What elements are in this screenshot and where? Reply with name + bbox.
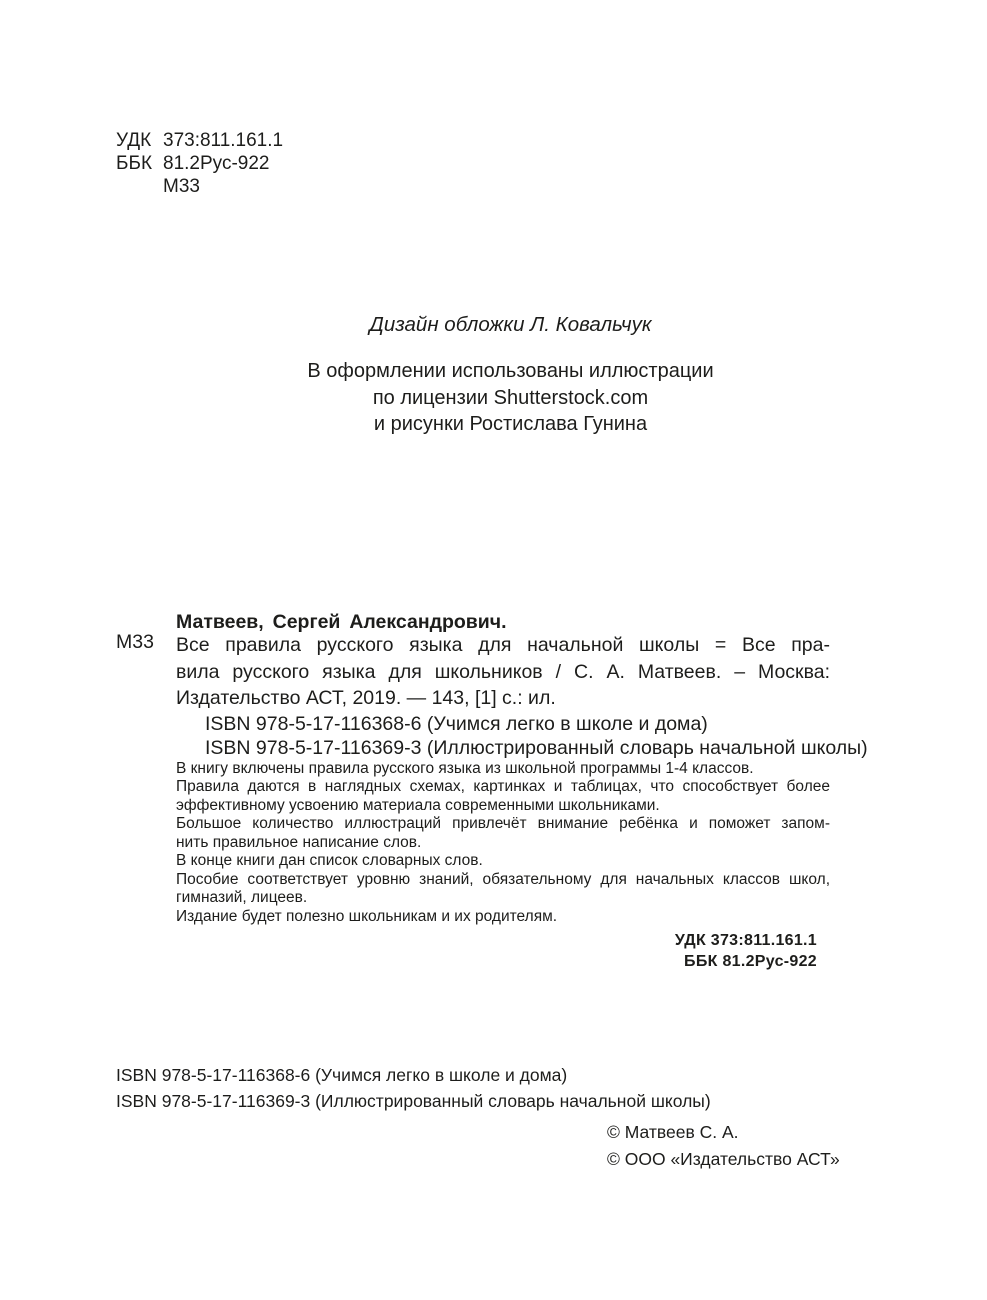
annotation-paragraph: Издание будет полезно школьникам и их ро… <box>176 908 830 927</box>
code-value: 373:811.161.1 <box>163 129 283 152</box>
footer-isbn-line: ISBN 978-5-17-116369-3 (Иллюстрированный… <box>116 1088 711 1114</box>
isbn-line: ISBN 978-5-17-116369-3 (Иллюстрированный… <box>176 736 830 760</box>
annotation-line: Издание будет полезно школьникам и их ро… <box>176 908 830 927</box>
classification-code-row: М33 <box>116 175 283 198</box>
annotation-line: гимназий, лицеев. <box>176 889 830 908</box>
cover-design-credit: Дизайн обложки Л. Ковальчук <box>34 311 987 338</box>
bibliographic-description: Все правила русского языка для начальной… <box>176 632 830 712</box>
description-line: Все правила русского языка для начальной… <box>176 632 830 659</box>
copyright-line: © Матвеев С. А. <box>607 1119 840 1146</box>
code-value: М33 <box>163 175 200 198</box>
classification-code-row: ББК 81.2Рус-922 <box>116 152 283 175</box>
code-label: УДК <box>116 129 163 152</box>
copyright-page: УДК 373:811.161.1 ББК 81.2Рус-922 М33 Ди… <box>0 0 987 1300</box>
annotation-block: В книгу включены правила русского языка … <box>176 760 830 927</box>
annotation-line: Правила даются в наглядных схемах, карти… <box>176 778 830 797</box>
classification-code-row: УДК 373:811.161.1 <box>116 129 283 152</box>
illustration-credit-line: и рисунки Ростислава Гунина <box>34 411 987 438</box>
catalog-card: Матвеев, Сергей Александрович. Все прави… <box>176 612 830 972</box>
code-value: 81.2Рус-922 <box>163 152 269 175</box>
annotation-paragraph: Большое количество иллюстраций привлечёт… <box>176 815 830 852</box>
annotation-line: В конце книги дан список словарных слов. <box>176 852 830 871</box>
udk-bbk-right-block: УДК 373:811.161.1 ББК 81.2Рус-922 <box>176 930 830 972</box>
catalog-index-code: М33 <box>116 629 154 656</box>
copyright-line: © ООО «Издательство АСТ» <box>607 1146 840 1173</box>
annotation-line: В книгу включены правила русского языка … <box>176 760 830 779</box>
description-line: Издательство АСТ, 2019. — 143, [1] с.: и… <box>176 685 830 712</box>
classification-code-line: ББК 81.2Рус-922 <box>176 951 817 972</box>
description-line: вила русского языка для школьников / С. … <box>176 659 830 686</box>
annotation-paragraph: В книгу включены правила русского языка … <box>176 760 830 779</box>
copyright-block: © Матвеев С. А. © ООО «Издательство АСТ» <box>607 1119 840 1173</box>
annotation-line: эффективному усвоению материала современ… <box>176 797 830 816</box>
footer-isbn-line: ISBN 978-5-17-116368-6 (Учимся легко в ш… <box>116 1062 711 1088</box>
code-label <box>116 175 163 198</box>
annotation-paragraph: Пособие соответствует уровню знаний, обя… <box>176 871 830 908</box>
credits-block: Дизайн обложки Л. Ковальчук В оформлении… <box>34 311 987 438</box>
code-label: ББК <box>116 152 163 175</box>
isbn-block: ISBN 978-5-17-116368-6 (Учимся легко в ш… <box>176 712 830 760</box>
annotation-paragraph: Правила даются в наглядных схемах, карти… <box>176 778 830 815</box>
illustration-credit: В оформлении использованы иллюстрации по… <box>34 358 987 438</box>
annotation-line: Большое количество иллюстраций привлечёт… <box>176 815 830 834</box>
footer-isbn-block: ISBN 978-5-17-116368-6 (Учимся легко в ш… <box>116 1062 711 1114</box>
annotation-line: нить правильное написание слов. <box>176 834 830 853</box>
isbn-line: ISBN 978-5-17-116368-6 (Учимся легко в ш… <box>176 712 830 736</box>
author-line: Матвеев, Сергей Александрович. <box>176 612 830 632</box>
annotation-line: Пособие соответствует уровню знаний, обя… <box>176 871 830 890</box>
illustration-credit-line: по лицензии Shutterstock.com <box>34 385 987 412</box>
annotation-paragraph: В конце книги дан список словарных слов. <box>176 852 830 871</box>
udk-bbk-top-block: УДК 373:811.161.1 ББК 81.2Рус-922 М33 <box>116 129 283 198</box>
classification-code-line: УДК 373:811.161.1 <box>176 930 817 951</box>
illustration-credit-line: В оформлении использованы иллюстрации <box>34 358 987 385</box>
